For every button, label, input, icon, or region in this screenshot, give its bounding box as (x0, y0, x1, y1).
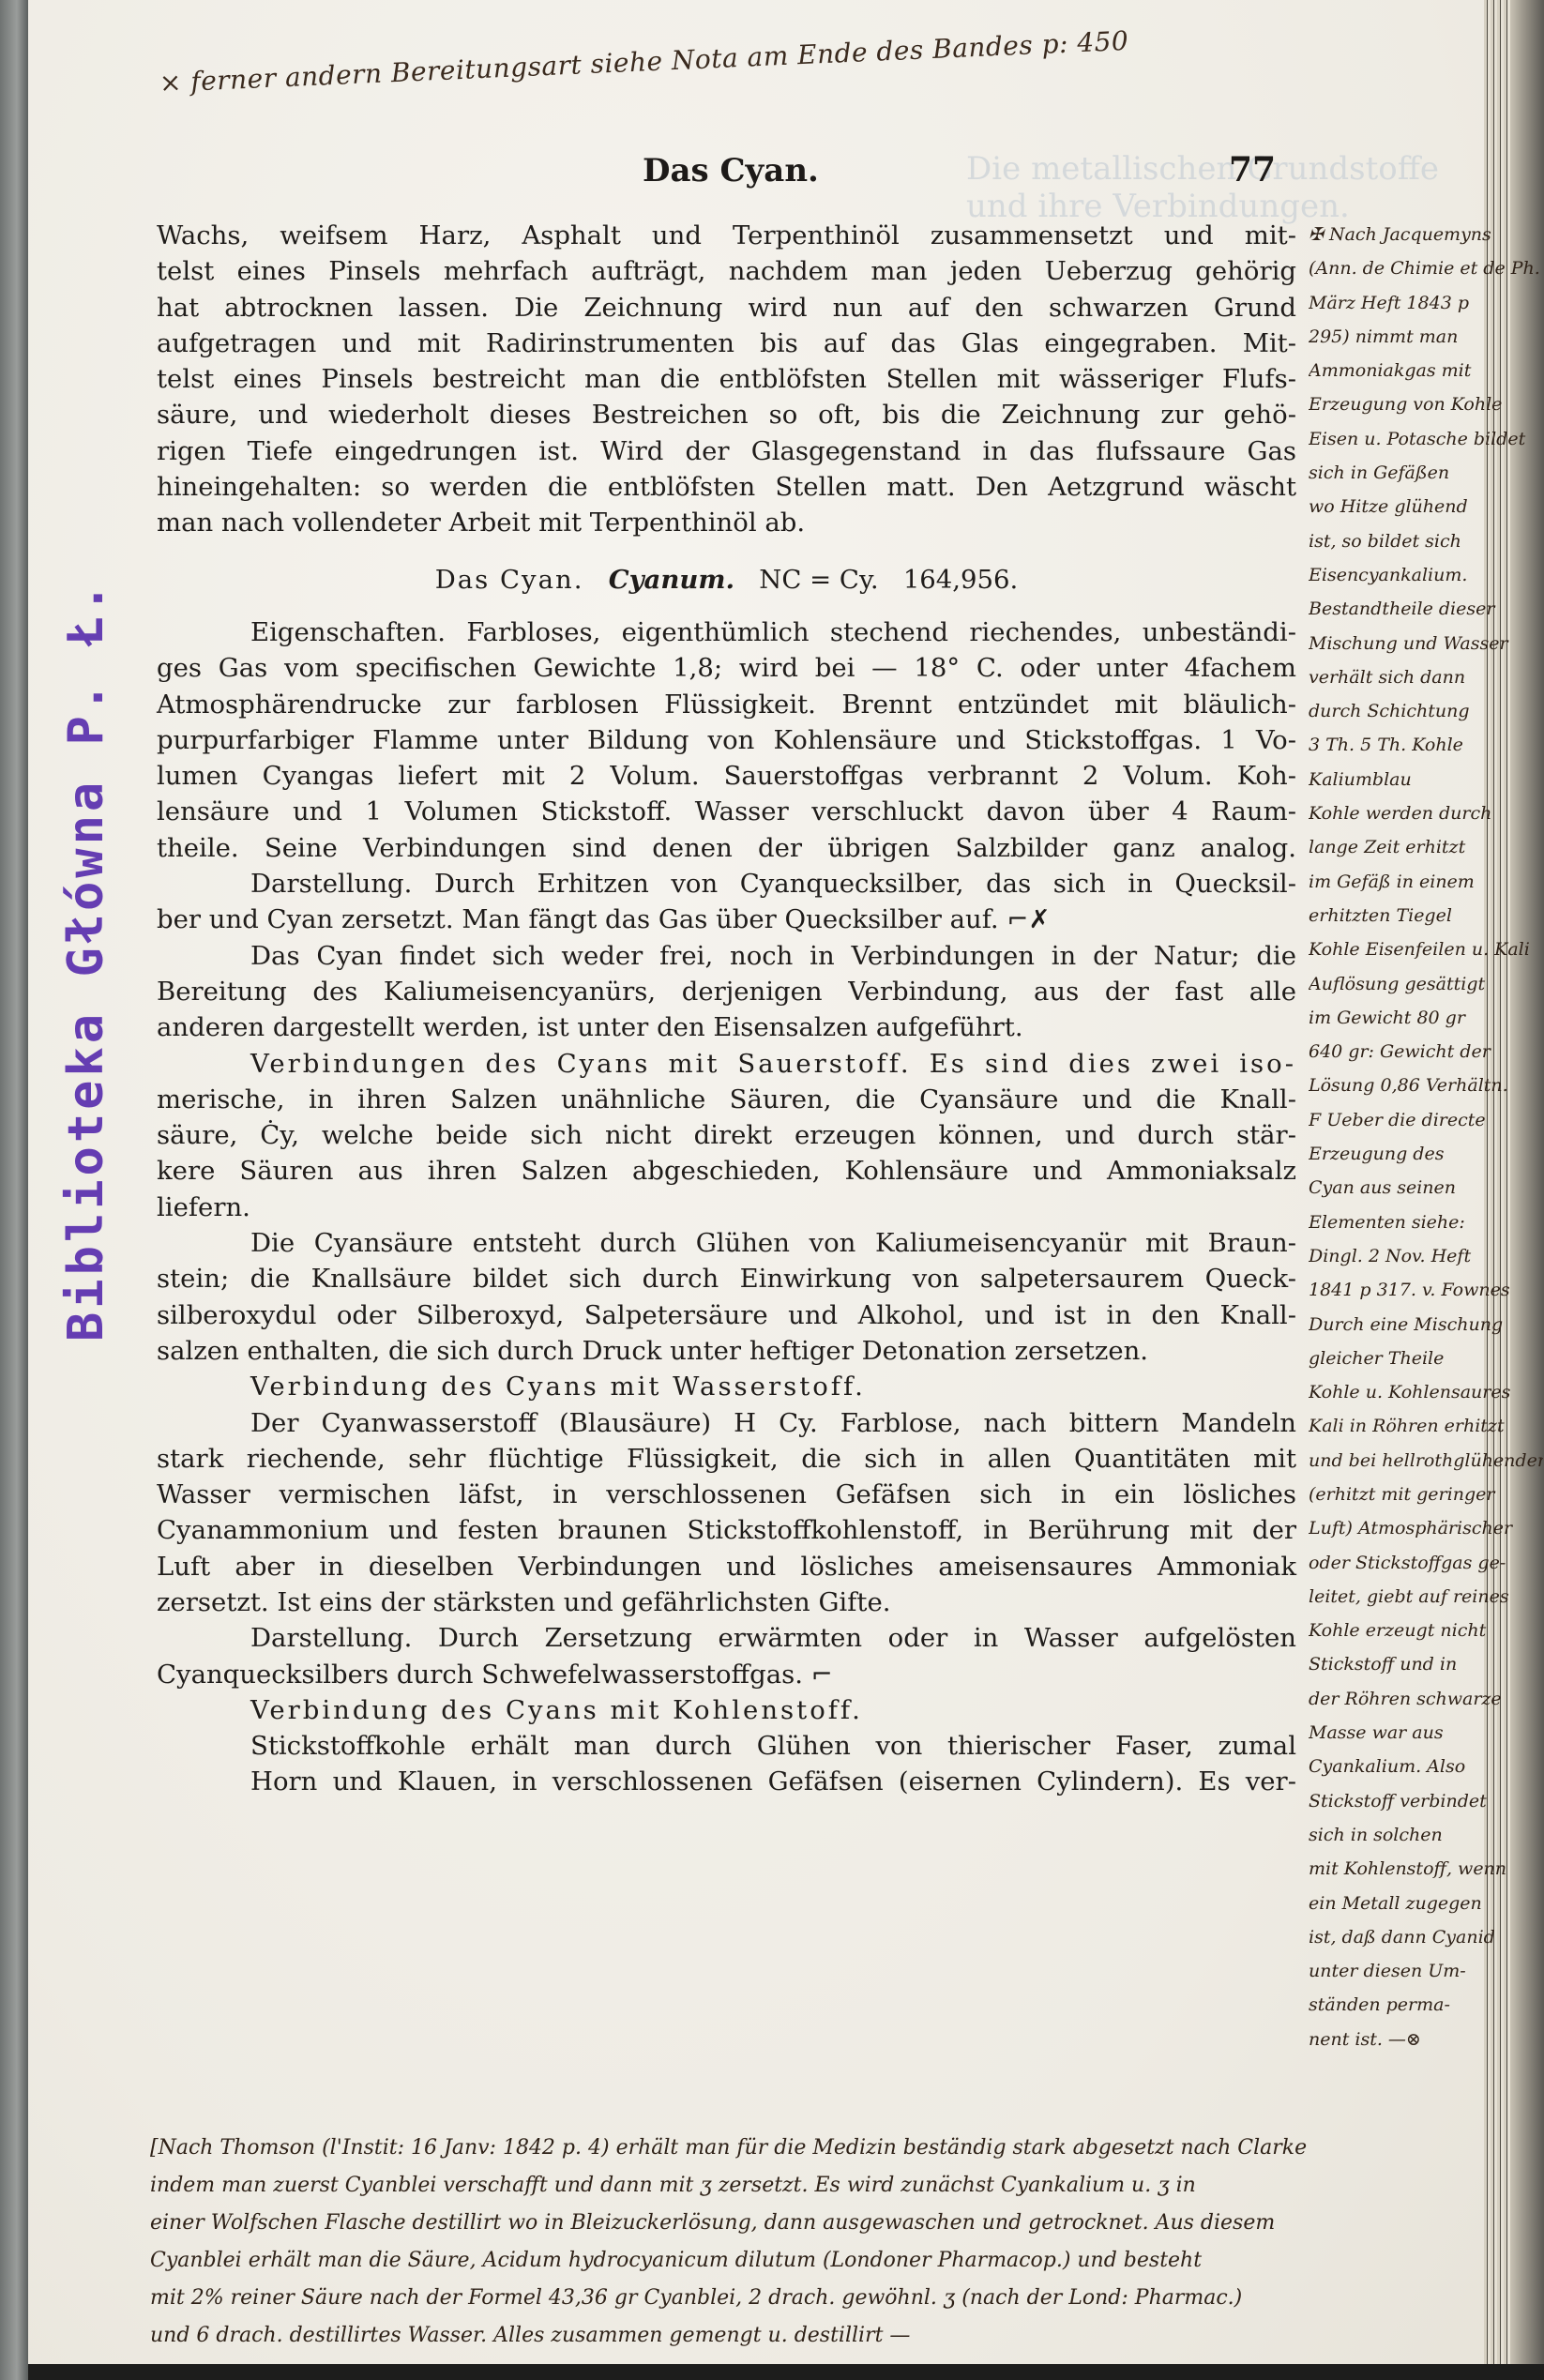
text-line: man nach vollendeter Arbeit mit Terpenth… (157, 505, 1296, 540)
text-line: theile. Seine Verbindungen sind denen de… (157, 830, 1296, 866)
margin-note-line: ✠ Nach Jacquemyns (1309, 218, 1543, 251)
margin-note-line: (Ann. de Chimie et de Ph. (1309, 251, 1543, 285)
heading-latin: Cyanum. (609, 565, 734, 595)
text-line: aufgetragen und mit Radirinstrumenten bi… (157, 326, 1296, 361)
text-line: Horn und Klauen, in verschlossenen Gefäf… (157, 1764, 1296, 1799)
text-line: Das Cyan findet sich weder frei, noch in… (157, 938, 1296, 974)
margin-note-line: 640 gr: Gewicht der (1309, 1035, 1543, 1069)
margin-note-line: erhitzten Tiegel (1309, 899, 1543, 932)
text-line: telst eines Pinsels bestreicht man die e… (157, 361, 1296, 397)
margin-note-line: sich in Gefäßen (1309, 456, 1543, 490)
text-line: merische, in ihren Salzen unähnliche Säu… (157, 1082, 1296, 1117)
text-line: Verbindung des Cyans mit Wasserstoff. (157, 1369, 1296, 1404)
handwritten-top-note: × ferner andern Bereitungsart siehe Nota… (159, 25, 1129, 99)
margin-note-line: Dingl. 2 Nov. Heft (1309, 1239, 1543, 1273)
text-line: Verbindung des Cyans mit Kohlenstoff. (157, 1692, 1296, 1728)
margin-note-line: Kohle erzeugt nicht (1309, 1614, 1543, 1647)
margin-note-line: durch Schichtung (1309, 694, 1543, 728)
text-line: Cyanquecksilbers durch Schwefelwassersto… (157, 1657, 1296, 1692)
text-line: telst eines Pinsels mehrfach aufträgt, n… (157, 253, 1296, 289)
text-line: Verbindungen des Cyans mit Sauerstoff. E… (157, 1046, 1296, 1082)
margin-note-line: 1841 p 317. v. Fownes (1309, 1273, 1543, 1307)
margin-note-line: 3 Th. 5 Th. Kohle (1309, 728, 1543, 762)
margin-note-line: im Gefäß in einem (1309, 865, 1543, 899)
margin-note-line: Ammoniakgas mit (1309, 354, 1543, 387)
margin-note-line: Kali in Röhren erhitzt (1309, 1409, 1543, 1443)
text-line: Atmosphärendrucke zur farblosen Flüssigk… (157, 687, 1296, 722)
text-line: stark riechende, sehr flüchtige Flüssigk… (157, 1441, 1296, 1477)
page-bottom-shadow (28, 2364, 1544, 2380)
margin-note-line: Bestandtheile dieser (1309, 592, 1543, 626)
margin-note-line: ist, so bildet sich (1309, 524, 1543, 558)
margin-note-line: Elementen siehe: (1309, 1205, 1543, 1239)
margin-note-line: lange Zeit erhitzt (1309, 830, 1543, 864)
margin-note-line: Cyankalium. Also (1309, 1750, 1543, 1783)
text-line: anderen dargestellt werden, ist unter de… (157, 1009, 1296, 1045)
heading-name: Das Cyan. (435, 565, 584, 595)
margin-note-line: der Röhren schwarze (1309, 1682, 1543, 1716)
margin-note-line: Luft) Atmosphärischer (1309, 1511, 1543, 1545)
text-line: Luft aber in dieselben Verbindungen und … (157, 1549, 1296, 1584)
margin-note-line: Kohle u. Kohlensaures (1309, 1375, 1543, 1409)
margin-note-line: Lösung 0,86 Verhältn. (1309, 1069, 1543, 1102)
text-line: Darstellung. Durch Zersetzung erwärmten … (157, 1620, 1296, 1656)
margin-note-line: unter diesen Um- (1309, 1954, 1543, 1988)
paragraph-block-1: Wachs, weifsem Harz, Asphalt und Terpent… (157, 218, 1296, 541)
bottom-note-line: Cyanblei erhält man die Säure, Acidum hy… (150, 2242, 1529, 2280)
margin-note-line: nent ist. —⊗ (1309, 2023, 1543, 2056)
text-line: zersetzt. Ist eins der stärksten und gef… (157, 1584, 1296, 1620)
margin-note-line: Kaliumblau (1309, 763, 1543, 796)
library-stamp: Biblioteka Główna P. Ł. (58, 580, 114, 1342)
text-line: Stickstoffkohle erhält man durch Glühen … (157, 1728, 1296, 1764)
text-line: hineingehalten: so werden die entblöfste… (157, 469, 1296, 505)
margin-note-line: Durch eine Mischung (1309, 1308, 1543, 1342)
margin-note-line: Eisen u. Potasche bildet (1309, 422, 1543, 456)
text-line: Bereitung des Kaliumeisencyanürs, derjen… (157, 974, 1296, 1009)
text-line: Eigenschaften. Farbloses, eigenthümlich … (157, 614, 1296, 650)
heading-formula: NC = Cy. (759, 565, 878, 595)
margin-note-line: Stickstoff und in (1309, 1647, 1543, 1681)
text-line: silberoxydul oder Silberoxyd, Salpetersä… (157, 1297, 1296, 1333)
margin-note-line: wo Hitze glühend (1309, 490, 1543, 523)
text-line: lensäure und 1 Volumen Stickstoff. Wasse… (157, 794, 1296, 829)
margin-note-line: ständen perma- (1309, 1988, 1543, 2022)
margin-note-line: verhält sich dann (1309, 660, 1543, 694)
text-line: Der Cyanwasserstoff (Blausäure) H Cy. Fa… (157, 1405, 1296, 1441)
margin-note-line: März Heft 1843 p (1309, 286, 1543, 320)
text-line: säure, und wiederholt dieses Bestreichen… (157, 397, 1296, 432)
text-line: lumen Cyangas liefert mit 2 Volum. Sauer… (157, 758, 1296, 794)
running-head-title: Das Cyan. (643, 152, 819, 189)
text-line: Die Cyansäure entsteht durch Glühen von … (157, 1225, 1296, 1261)
margin-note-line: Kohle Eisenfeilen u. Kali (1309, 932, 1543, 966)
margin-note-line: Stickstoff verbindet (1309, 1784, 1543, 1818)
margin-note-line: gleicher Theile (1309, 1342, 1543, 1375)
margin-note-line: leitet, giebt auf reines (1309, 1580, 1543, 1614)
margin-note-line: Masse war aus (1309, 1716, 1543, 1750)
section-heading: Das Cyan. Cyanum. NC = Cy. 164,956. (157, 562, 1296, 598)
text-line: salzen enthalten, die sich durch Druck u… (157, 1333, 1296, 1369)
margin-note-line: sich in solchen (1309, 1818, 1543, 1852)
handwritten-margin-notes: ✠ Nach Jacquemyns(Ann. de Chimie et de P… (1309, 218, 1543, 2056)
margin-note-line: Mischung und Wasser (1309, 627, 1543, 660)
margin-note-line: und bei hellrothglühender (1309, 1444, 1543, 1478)
bottom-note-line: einer Wolfschen Flasche destillirt wo in… (150, 2205, 1529, 2242)
text-line: Darstellung. Durch Erhitzen von Cyanquec… (157, 866, 1296, 902)
text-line: ges Gas vom specifischen Gewichte 1,8; w… (157, 650, 1296, 686)
margin-note-line: im Gewicht 80 gr (1309, 1001, 1543, 1035)
margin-note-line: ein Metall zugegen (1309, 1887, 1543, 1920)
book-page: × ferner andern Bereitungsart siehe Nota… (28, 0, 1510, 2364)
text-line: stein; die Knallsäure bildet sich durch … (157, 1261, 1296, 1296)
margin-note-line: Kohle werden durch (1309, 796, 1543, 830)
paragraph-block-2: Eigenschaften. Farbloses, eigenthümlich … (157, 614, 1296, 1800)
margin-note-line: oder Stickstoffgas ge- (1309, 1546, 1543, 1580)
text-line: rigen Tiefe eingedrungen ist. Wird der G… (157, 433, 1296, 469)
margin-note-line: Eisencyankalium. (1309, 558, 1543, 592)
book-binding-shadow (0, 0, 28, 2380)
text-line: hat abtrocknen lassen. Die Zeichnung wir… (157, 290, 1296, 326)
margin-note-line: 295) nimmt man (1309, 320, 1543, 354)
margin-note-line: F Ueber die directe (1309, 1103, 1543, 1137)
margin-note-line: mit Kohlenstoff, wenn (1309, 1852, 1543, 1886)
bottom-note-line: [Nach Thomson (l'Instit: 16 Janv: 1842 p… (150, 2130, 1529, 2167)
margin-note-line: Auflösung gesättigt (1309, 967, 1543, 1001)
page-number: 77 (1229, 150, 1276, 189)
text-line: Cyanammonium und festen braunen Sticksto… (157, 1512, 1296, 1548)
margin-note-line: Cyan aus seinen (1309, 1171, 1543, 1205)
margin-note-line: Erzeugung von Kohle (1309, 387, 1543, 421)
margin-note-line: (erhitzt mit geringer (1309, 1478, 1543, 1511)
text-line: kere Säuren aus ihren Salzen abgeschiede… (157, 1153, 1296, 1189)
text-line: purpurfarbiger Flamme unter Bildung von … (157, 722, 1296, 758)
main-text: Wachs, weifsem Harz, Asphalt und Terpent… (157, 218, 1296, 1800)
text-line: ber und Cyan zersetzt. Man fängt das Gas… (157, 902, 1296, 937)
margin-note-line: ist, daß dann Cyanid (1309, 1920, 1543, 1954)
handwritten-bottom-notes: [Nach Thomson (l'Instit: 16 Janv: 1842 p… (150, 2130, 1529, 2355)
text-line: säure, Ċy, welche beide sich nicht direk… (157, 1117, 1296, 1153)
bottom-note-line: mit 2% reiner Säure nach der Formel 43,3… (150, 2280, 1529, 2317)
text-line: Wasser vermischen läfst, in verschlossen… (157, 1477, 1296, 1512)
heading-weight: 164,956. (903, 565, 1018, 595)
text-line: liefern. (157, 1190, 1296, 1225)
margin-note-line: Erzeugung des (1309, 1137, 1543, 1171)
running-head: Das Cyan. 77 (28, 141, 1510, 197)
text-line: Wachs, weifsem Harz, Asphalt und Terpent… (157, 218, 1296, 253)
bottom-note-line: indem man zuerst Cyanblei verschafft und… (150, 2167, 1529, 2205)
bottom-note-line: und 6 drach. destillirtes Wasser. Alles … (150, 2317, 1529, 2355)
